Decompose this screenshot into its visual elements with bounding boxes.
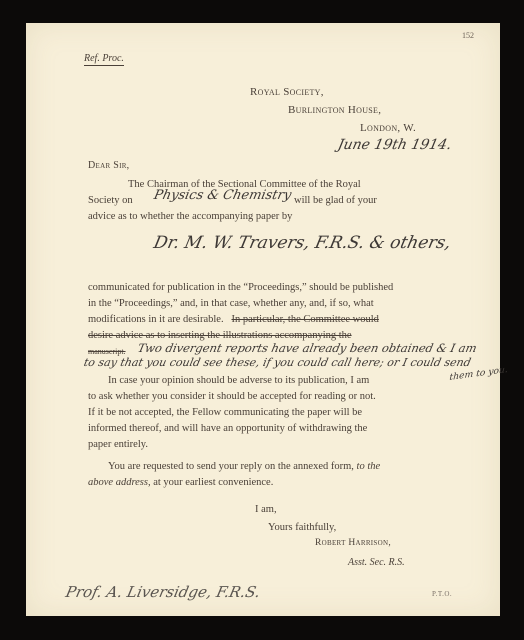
handwritten-addressee: Prof. A. Liversidge, F.R.S. — [64, 583, 262, 601]
request-text: You are requested to send your reply on … — [108, 461, 354, 472]
paragraph-3-line-2: to ask whether you consider it should be… — [88, 389, 376, 404]
salutation: Dear Sir, — [88, 160, 129, 171]
handwritten-committee: Physics & Chemistry — [152, 188, 292, 203]
will-be-glad-text: will be glad of your — [294, 193, 377, 208]
reference-label: Ref. Proc. — [84, 53, 124, 66]
society-on-text: Society on — [88, 195, 133, 206]
to-the-text: to the — [357, 461, 381, 472]
handwritten-date: June 19th 1914. — [336, 137, 453, 153]
paragraph-3-line-1: In case your opinion should be adverse t… — [108, 373, 369, 388]
folio-number: 152 — [462, 31, 474, 40]
handwritten-author: Dr. M. W. Travers, F.R.S. & others, — [152, 233, 453, 253]
signatory-title: Asst. Sec. R.S. — [348, 555, 405, 570]
paragraph-3-line-3: If it be not accepted, the Fellow commun… — [88, 405, 362, 420]
handwritten-note-line-2: to say that you could see these, if you … — [83, 356, 473, 369]
letterhead-line-3: London, W. — [360, 122, 416, 134]
struck-text-1: In particular, the Committee would — [231, 314, 378, 325]
signatory-name: Robert Harrison, — [315, 538, 391, 548]
letter-page: 152 Ref. Proc. Royal Society, Burlington… — [26, 23, 500, 616]
paragraph-2-line-3: modifications in it are desirable. In pa… — [88, 312, 379, 327]
handwritten-note-line-1: Two divergent reports have already been … — [137, 341, 479, 355]
letterhead-line-1: Royal Society, — [250, 86, 324, 98]
paragraph-2-line-1: communicated for publication in the “Pro… — [88, 280, 393, 295]
closing-yours-faithfully: Yours faithfully, — [268, 520, 336, 535]
paragraph-2-line-2: in the “Proceedings,” and, in that case,… — [88, 296, 374, 311]
paragraph-4-line-2: above address, at your earliest convenie… — [88, 475, 273, 490]
letterhead-line-2: Burlington House, — [288, 104, 381, 116]
convenience-text: at your earliest convenience. — [153, 477, 273, 488]
please-turn-over: P.T.O. — [432, 590, 452, 598]
paragraph-3-line-4: informed thereof, and will have an oppor… — [88, 421, 367, 436]
paragraph-3-line-5: paper entirely. — [88, 437, 148, 452]
closing-i-am: I am, — [255, 502, 277, 517]
paragraph-1-line-3: advice as to whether the accompanying pa… — [88, 209, 292, 224]
modifications-text: modifications in it are desirable. — [88, 314, 224, 325]
above-address-text: above address, — [88, 477, 151, 488]
paragraph-4-line-1: You are requested to send your reply on … — [108, 459, 380, 474]
